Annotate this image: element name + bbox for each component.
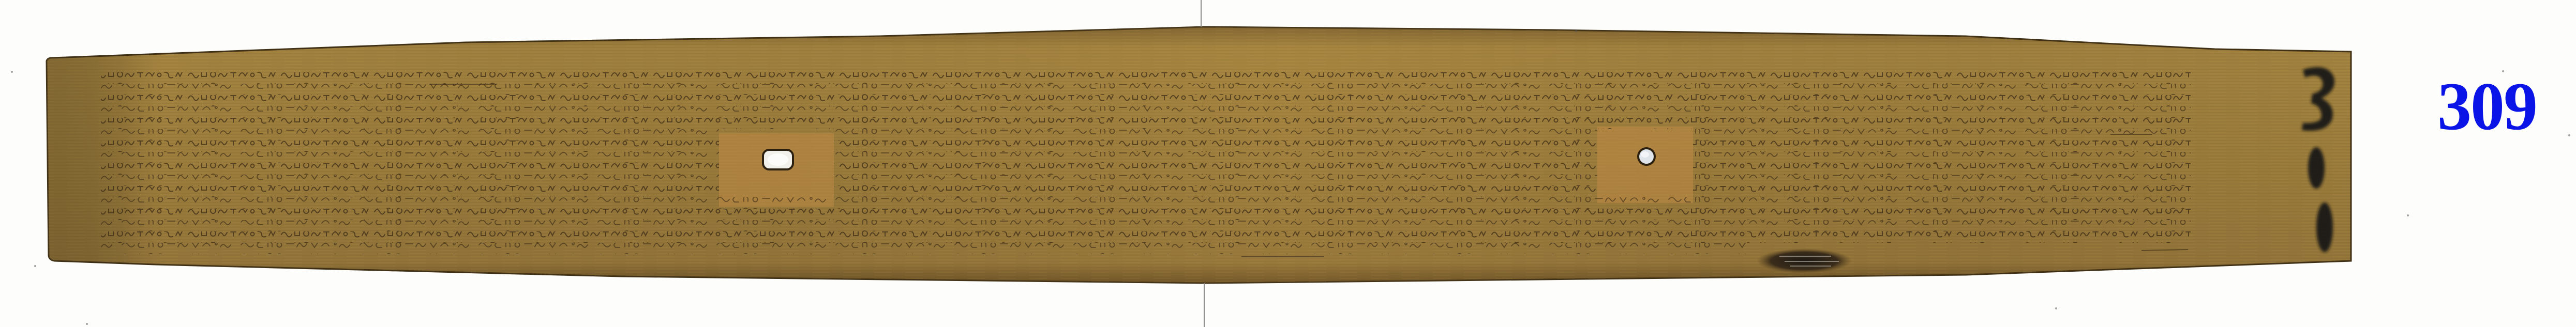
script-text-block <box>101 72 2191 254</box>
string-hole-left <box>763 150 793 169</box>
palm-leaf <box>0 0 2576 327</box>
digit-1-lower <box>2316 203 2333 252</box>
digit-1-upper <box>2308 147 2325 189</box>
page-number-label: 309 <box>2437 72 2537 141</box>
string-hole-right <box>1638 148 1655 165</box>
manuscript-scan <box>0 0 2576 327</box>
